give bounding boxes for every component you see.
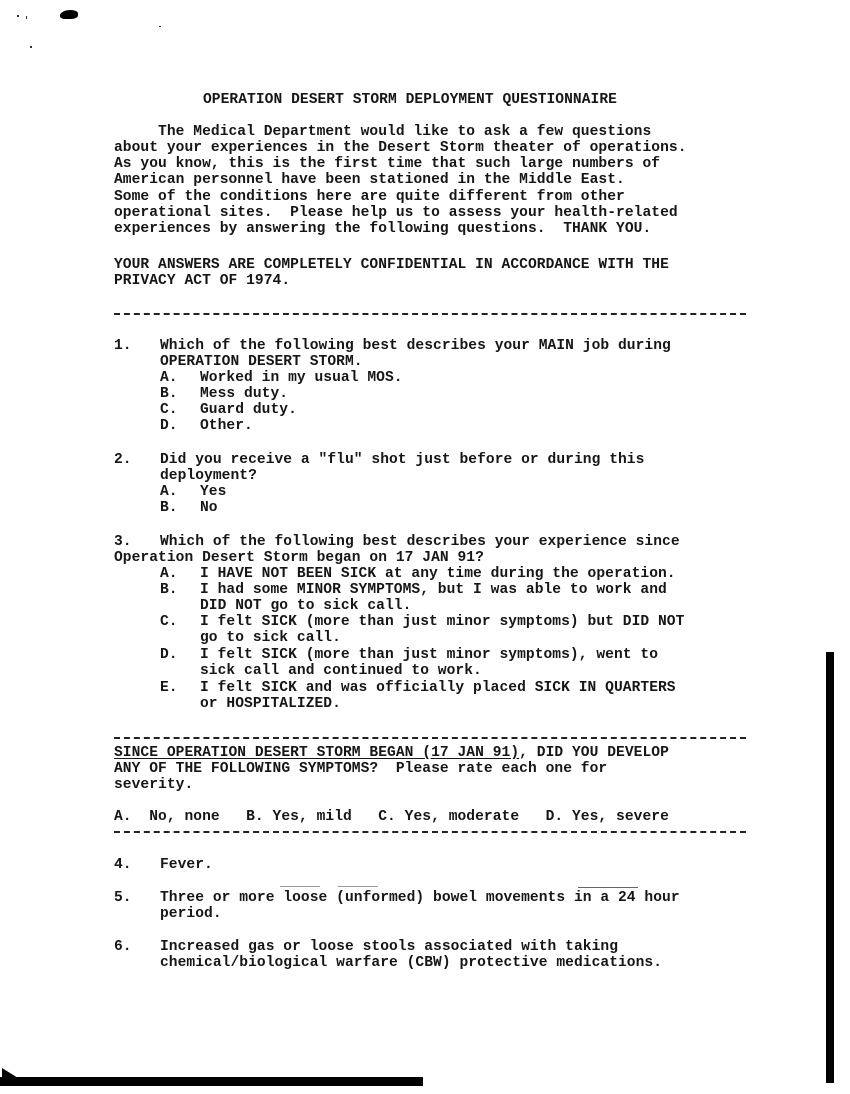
item-text: period. [160, 906, 222, 922]
item-text: Three or more loose (unformed) bowel mov… [160, 890, 680, 906]
option-letter[interactable]: D. [160, 647, 178, 663]
option-text: I HAVE NOT BEEN SICK at any time during … [200, 566, 676, 582]
scan-edge-bar-bottom [0, 1077, 423, 1086]
question-text: Which of the following best describes yo… [160, 534, 680, 550]
scan-speck [17, 15, 19, 17]
symptoms-header-line: severity. [114, 777, 193, 793]
option-text: or HOSPITALIZED. [200, 696, 341, 712]
symptoms-header-underlined: SINCE OPERATION DESERT STORM BEGAN (17 J… [114, 745, 519, 761]
intro-line: As you know, this is the first time that… [114, 156, 660, 172]
option-letter[interactable]: D. [160, 418, 178, 434]
item-number: 5. [114, 890, 132, 906]
question-number: 1. [114, 338, 132, 354]
scan-edge-bar-right [826, 652, 834, 1083]
option-letter[interactable]: E. [160, 680, 178, 696]
symptoms-header-line: SINCE OPERATION DESERT STORM BEGAN (17 J… [114, 745, 669, 761]
item-text: Fever. [160, 857, 213, 873]
option-text: Yes [200, 484, 226, 500]
option-letter[interactable]: B. [160, 386, 178, 402]
question-text: Operation Desert Storm began on 17 JAN 9… [114, 550, 484, 566]
option-text: Worked in my usual MOS. [200, 370, 403, 386]
option-text: I had some MINOR SYMPTOMS, but I was abl… [200, 582, 667, 598]
scan-artifact-blob [60, 10, 78, 19]
option-letter[interactable]: C. [160, 402, 178, 418]
scan-artifact-line [280, 886, 320, 887]
confidentiality-line: PRIVACY ACT OF 1974. [114, 273, 290, 289]
option-text: Other. [200, 418, 253, 434]
symptoms-header-rest: , DID YOU DEVELOP [519, 745, 669, 761]
question-text: OPERATION DESERT STORM. [160, 354, 363, 370]
intro-line: Some of the conditions here are quite di… [114, 189, 625, 205]
option-letter[interactable]: B. [160, 500, 178, 516]
scan-artifact-line [578, 887, 638, 888]
option-text: DID NOT go to sick call. [200, 598, 411, 614]
item-text: chemical/biological warfare (CBW) protec… [160, 955, 662, 971]
dashed-divider [114, 737, 746, 739]
intro-line: American personnel have been stationed i… [114, 172, 625, 188]
option-text: go to sick call. [200, 630, 341, 646]
question-text: Which of the following best describes yo… [160, 338, 671, 354]
item-number: 6. [114, 939, 132, 955]
scan-speck [30, 46, 32, 48]
item-text: Increased gas or loose stools associated… [160, 939, 618, 955]
option-letter[interactable]: A. [160, 566, 178, 582]
option-text: I felt SICK and was officially placed SI… [200, 680, 676, 696]
option-letter[interactable]: A. [160, 484, 178, 500]
scan-speck [26, 16, 27, 19]
scan-artifact-line [338, 886, 378, 887]
option-text: No [200, 500, 218, 516]
intro-line: operational sites. Please help us to ass… [114, 205, 678, 221]
document-title: OPERATION DESERT STORM DEPLOYMENT QUESTI… [203, 92, 617, 108]
option-letter[interactable]: A. [160, 370, 178, 386]
intro-line: about your experiences in the Desert Sto… [114, 140, 687, 156]
dashed-divider [114, 831, 746, 833]
question-text: Did you receive a "flu" shot just before… [160, 452, 644, 468]
item-number: 4. [114, 857, 132, 873]
option-text: sick call and continued to work. [200, 663, 482, 679]
scan-speck [159, 26, 161, 27]
intro-line: experiences by answering the following q… [114, 221, 651, 237]
question-number: 2. [114, 452, 132, 468]
dashed-divider [114, 313, 746, 315]
question-number: 3. [114, 534, 132, 550]
severity-scale: A. No, none B. Yes, mild C. Yes, moderat… [114, 809, 669, 825]
intro-line: The Medical Department would like to ask… [114, 124, 651, 140]
option-letter[interactable]: B. [160, 582, 178, 598]
option-text: I felt SICK (more than just minor sympto… [200, 614, 684, 630]
confidentiality-line: YOUR ANSWERS ARE COMPLETELY CONFIDENTIAL… [114, 257, 669, 273]
questionnaire-page: OPERATION DESERT STORM DEPLOYMENT QUESTI… [0, 0, 850, 1094]
option-text: Mess duty. [200, 386, 288, 402]
symptoms-header-line: ANY OF THE FOLLOWING SYMPTOMS? Please ra… [114, 761, 607, 777]
question-text: deployment? [160, 468, 257, 484]
option-text: Guard duty. [200, 402, 297, 418]
option-text: I felt SICK (more than just minor sympto… [200, 647, 658, 663]
option-letter[interactable]: C. [160, 614, 178, 630]
